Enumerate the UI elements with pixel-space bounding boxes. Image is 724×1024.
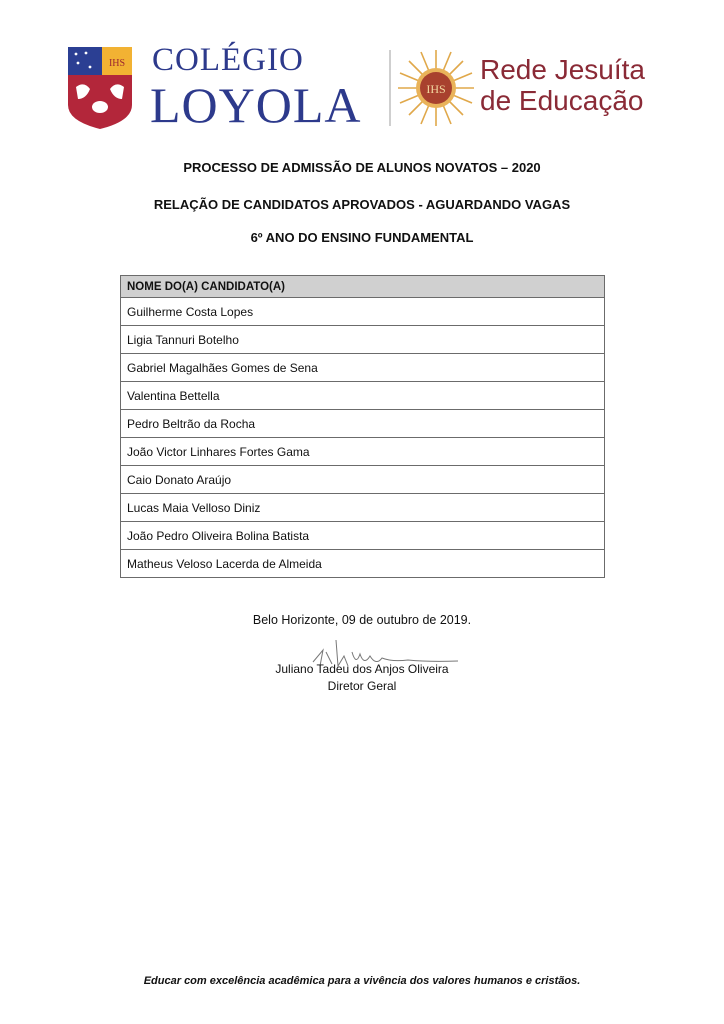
signer-name: Juliano Tadeu dos Anjos Oliveira — [0, 662, 724, 676]
table-row: Guilherme Costa Lopes — [121, 298, 605, 326]
table-row: Matheus Veloso Lacerda de Almeida — [121, 550, 605, 578]
column-header-name: NOME DO(A) CANDIDATO(A) — [121, 276, 605, 298]
table-row: Lucas Maia Velloso Diniz — [121, 494, 605, 522]
candidate-name: Matheus Veloso Lacerda de Almeida — [121, 550, 605, 578]
table-row: Pedro Beltrão da Rocha — [121, 410, 605, 438]
candidate-name: Valentina Bettella — [121, 382, 605, 410]
candidates-table: NOME DO(A) CANDIDATO(A) Guilherme Costa … — [120, 275, 605, 578]
school-name-line2: LOYOLA — [150, 80, 362, 130]
candidate-name: Pedro Beltrão da Rocha — [121, 410, 605, 438]
svg-text:IHS: IHS — [109, 58, 125, 69]
candidate-name: Lucas Maia Velloso Diniz — [121, 494, 605, 522]
candidate-name: Caio Donato Araújo — [121, 466, 605, 494]
candidate-name: Ligia Tannuri Botelho — [121, 326, 605, 354]
table-row: Caio Donato Araújo — [121, 466, 605, 494]
network-name-line2: de Educação — [480, 87, 643, 115]
table-row: João Victor Linhares Fortes Gama — [121, 438, 605, 466]
logo-divider — [389, 50, 391, 126]
candidate-name: Gabriel Magalhães Gomes de Sena — [121, 354, 605, 382]
candidate-name: João Pedro Oliveira Bolina Batista — [121, 522, 605, 550]
table-row: João Pedro Oliveira Bolina Batista — [121, 522, 605, 550]
signer-role: Diretor Geral — [0, 679, 724, 693]
table-row: Valentina Bettella — [121, 382, 605, 410]
document-title: PROCESSO DE ADMISSÃO DE ALUNOS NOVATOS –… — [0, 160, 724, 175]
candidate-name: Guilherme Costa Lopes — [121, 298, 605, 326]
candidate-name: João Victor Linhares Fortes Gama — [121, 438, 605, 466]
jesuit-sun-emblem-icon: IHS — [396, 48, 476, 128]
table-row: Ligia Tannuri Botelho — [121, 326, 605, 354]
table-row: Gabriel Magalhães Gomes de Sena — [121, 354, 605, 382]
school-name-line1: COLÉGIO — [152, 44, 304, 77]
grade-level: 6º ANO DO ENSINO FUNDAMENTAL — [0, 230, 724, 245]
place-and-date: Belo Horizonte, 09 de outubro de 2019. — [0, 613, 724, 627]
colegio-loyola-crest-icon: IHS — [68, 47, 132, 129]
document-subtitle: RELAÇÃO DE CANDIDATOS APROVADOS - AGUARD… — [0, 197, 724, 212]
svg-text:IHS: IHS — [426, 82, 445, 96]
footer-motto: Educar com excelência acadêmica para a v… — [0, 975, 724, 987]
network-name-line1: Rede Jesuíta — [480, 56, 645, 84]
